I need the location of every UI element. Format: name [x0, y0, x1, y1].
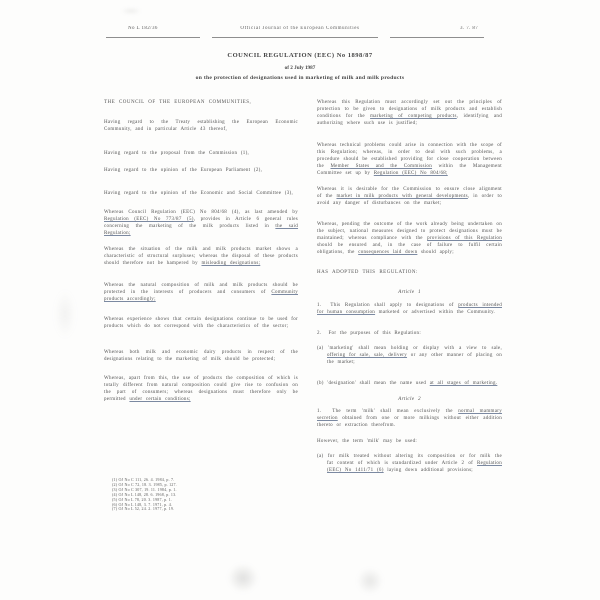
- article-1-paragraph-1: 1. This Regulation shall apply to design…: [317, 302, 502, 316]
- article-1-item-a: (a) 'marketing' shall mean holding or di…: [317, 345, 502, 366]
- text-segment: 1. This Regulation shall apply to design…: [317, 303, 458, 308]
- text-segment: should apply;: [417, 250, 454, 255]
- whereas-paragraph: Whereas experience shows that certain de…: [104, 316, 298, 330]
- article-1-paragraph-2: 2. For the purposes of this Regulation:: [317, 330, 502, 337]
- regulation-subject: on the protection of designations used i…: [0, 75, 600, 81]
- underlined-citation: market in milk products with general dev…: [336, 194, 467, 199]
- text-segment: Whereas Council Regulation (EEC) No 804/…: [104, 210, 298, 215]
- article-2-item-a: (a) for milk treated without altering it…: [317, 453, 502, 474]
- page-header: No L 182/36 Official Journal of the Euro…: [0, 26, 600, 36]
- article-2-paragraph-2: However, the term 'milk' may be used:: [317, 438, 502, 445]
- article-1-heading: Article 1: [317, 289, 502, 296]
- citation-treaty: Having regard to the Treaty establishing…: [104, 119, 298, 133]
- text-segment: obtained from one or more milkings witho…: [317, 416, 502, 428]
- footnote-line: (7) OJ No L 52, 24. 2. 1977, p. 19.: [112, 507, 272, 512]
- underlined-citation: at all stages of marketing.: [430, 381, 498, 386]
- whereas-paragraph: Whereas the situation of the milk and mi…: [104, 246, 298, 267]
- header-date: 3. 7. 87: [460, 26, 478, 31]
- left-column: THE COUNCIL OF THE EUROPEAN COMMUNITIES,…: [104, 99, 298, 474]
- whereas-paragraph: Whereas technical problems could arise i…: [317, 142, 502, 177]
- underlined-citation: Member States and the Commission: [330, 164, 432, 169]
- underlined-citation: offering for sale, sale, delivery: [327, 353, 407, 358]
- whereas-paragraph: Whereas the natural composition of milk …: [104, 282, 298, 303]
- underlined-citation: Regulation (EEC) No 773/87 (5): [104, 217, 194, 222]
- text-segment: marketed or advertised within the Commun…: [375, 310, 495, 315]
- regulation-title: COUNCIL REGULATION (EEC) No 1898/87: [0, 52, 600, 59]
- underlined-citation: under certain conditions;: [129, 397, 190, 402]
- text-segment: Whereas the natural composition of milk …: [104, 283, 298, 295]
- text-segment: laying down additional provisions;: [384, 468, 473, 473]
- two-column-body: THE COUNCIL OF THE EUROPEAN COMMUNITIES,…: [104, 99, 502, 474]
- scanned-page: No L 182/36 Official Journal of the Euro…: [0, 0, 600, 600]
- underlined-citation: marketing of competing products: [370, 114, 457, 119]
- article-1-item-b: (b) 'designation' shall mean the name us…: [317, 380, 502, 387]
- citation-commission-proposal: Having regard to the proposal from the C…: [104, 150, 298, 157]
- scan-content: No L 182/36 Official Journal of the Euro…: [0, 0, 600, 600]
- header-rule-right: [390, 37, 484, 38]
- underlined-citation: consequences laid down: [358, 250, 417, 255]
- whereas-paragraph: Whereas, pending the outcome of the work…: [317, 221, 502, 256]
- text-segment: (a) for milk treated without altering it…: [317, 454, 502, 466]
- whereas-paragraph: Whereas Council Regulation (EEC) No 804/…: [104, 209, 298, 237]
- whereas-paragraph: Whereas it is desirable for the Commissi…: [317, 186, 502, 207]
- whereas-paragraph: Whereas both milk and economic dairy pro…: [104, 349, 298, 363]
- preamble-enacting-authority: THE COUNCIL OF THE EUROPEAN COMMUNITIES,: [104, 99, 298, 106]
- header-journal-title: Official Journal of the European Communi…: [0, 26, 600, 31]
- right-column: Whereas this Regulation must accordingly…: [317, 99, 502, 474]
- header-rule-center: [212, 37, 378, 38]
- text-segment: (b) 'designation' shall mean the name us…: [317, 381, 430, 386]
- whereas-paragraph: Whereas, apart from this, the use of pro…: [104, 375, 298, 403]
- article-2-heading: Article 2: [317, 396, 502, 403]
- article-2-paragraph-1: 1. The term 'milk' shall mean exclusivel…: [317, 408, 502, 429]
- underlined-citation: Regulation (EEC) No 804/68;: [374, 171, 448, 176]
- regulation-date: of 2 July 1987: [0, 65, 600, 71]
- text-segment: 1. The term 'milk' shall mean exclusivel…: [317, 409, 458, 414]
- underlined-citation: provisions of this Regulation: [427, 236, 502, 241]
- text-segment: (a) 'marketing' shall mean holding or di…: [317, 346, 502, 351]
- underlined-citation: misleading designations;: [202, 261, 261, 266]
- whereas-paragraph: Whereas this Regulation must accordingly…: [317, 99, 502, 127]
- citation-parliament-opinion: Having regard to the opinion of the Euro…: [104, 167, 298, 174]
- enacting-formula: HAS ADOPTED THIS REGULATION:: [317, 269, 502, 276]
- footnotes-block: (1) OJ No C 111, 26. 4. 1984, p. 7.(2) O…: [112, 478, 272, 512]
- citation-esc-opinion: Having regard to the opinion of the Econ…: [104, 190, 298, 197]
- header-rule-left: [106, 37, 200, 38]
